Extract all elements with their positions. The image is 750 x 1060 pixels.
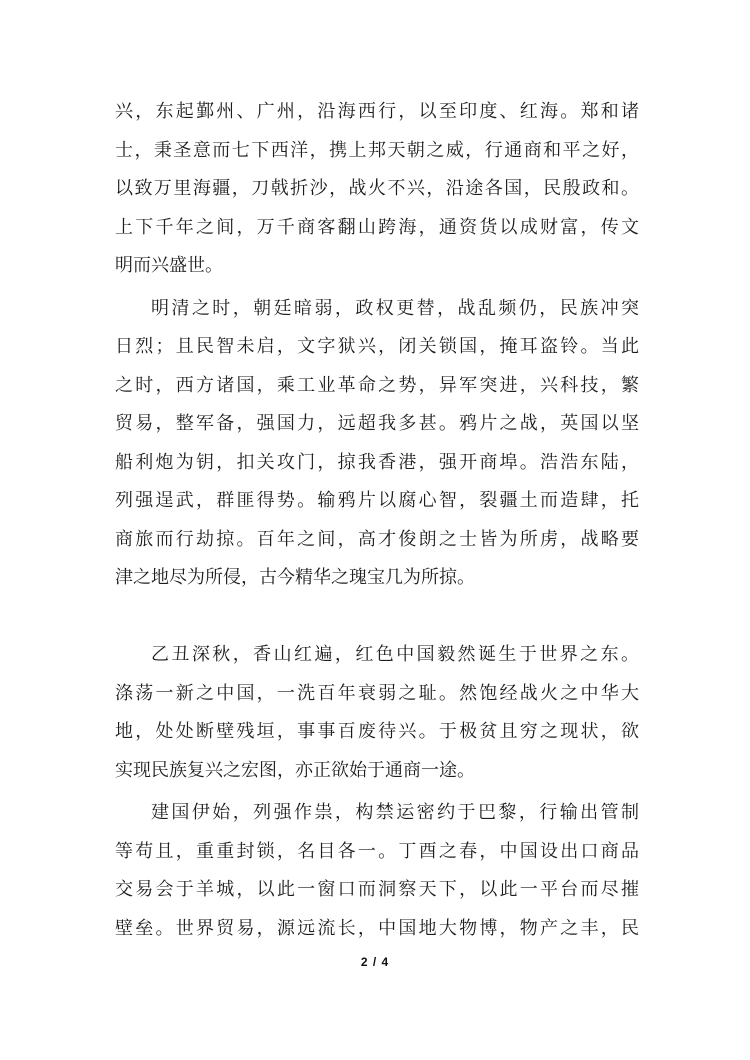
text-line: 贸易，整军备，强国力，远超我多甚。鸦片之战，英国以坚 [115,404,639,443]
text-line: 士，秉圣意而七下西洋，携上邦天朝之威，行通商和平之好， [115,131,639,170]
text-line: 商旅而行劫掠。百年之间，高才俊朗之士皆为所虏，战略要 [115,520,639,559]
text-line: 实现民族复兴之宏图，亦正欲始于通商一途。 [115,751,639,790]
text-line: 以致万里海疆，刀戟折沙，战火不兴，沿途各国，民殷政和。 [115,169,639,208]
text-line: 兴，东起鄞州、广州，沿海西行，以至印度、红海。郑和诸 [115,92,639,131]
text-line: 之时，西方诸国，乘工业革命之势，异军突进，兴科技，繁 [115,366,639,405]
text-line: 壁垒。世界贸易，源远流长，中国地大物博，物产之丰，民 [115,909,639,948]
text-line: 明而兴盛世。 [115,246,639,285]
text-line: 船利炮为钥，扣关攻门，掠我香港，强开商埠。浩浩东陆， [115,443,639,482]
text-line: 乙丑深秋，香山红遍，红色中国毅然诞生于世界之东。 [115,635,639,674]
text-line: 涤荡一新之中国，一洗百年衰弱之耻。然饱经战火之中华大 [115,674,639,713]
paragraph: 乙丑深秋，香山红遍，红色中国毅然诞生于世界之东。涤荡一新之中国，一洗百年衰弱之耻… [115,635,639,789]
text-line: 等苟且，重重封锁，名目各一。丁酉之春，中国设出口商品 [115,832,639,871]
document-body: 兴，东起鄞州、广州，沿海西行，以至印度、红海。郑和诸士，秉圣意而七下西洋，携上邦… [115,92,639,951]
text-line: 建国伊始，列强作祟，构禁运密约于巴黎，行输出管制 [115,793,639,832]
text-line: 上下千年之间，万千商客翻山跨海，通资货以成财富，传文 [115,208,639,247]
text-line: 津之地尽为所侵，古今精华之瑰宝几为所掠。 [115,558,639,597]
document-page: 兴，东起鄞州、广州，沿海西行，以至印度、红海。郑和诸士，秉圣意而七下西洋，携上邦… [0,0,750,1060]
paragraph: 明清之时，朝廷暗弱，政权更替，战乱频仍，民族冲突日烈；且民智未启，文字狱兴，闭关… [115,289,639,597]
paragraph: 建国伊始，列强作祟，构禁运密约于巴黎，行输出管制等苟且，重重封锁，名目各一。丁酉… [115,793,639,947]
page-number: 2 / 4 [0,955,750,969]
text-line: 明清之时，朝廷暗弱，政权更替，战乱频仍，民族冲突 [115,289,639,328]
paragraph: 兴，东起鄞州、广州，沿海西行，以至印度、红海。郑和诸士，秉圣意而七下西洋，携上邦… [115,92,639,285]
text-line: 日烈；且民智未启，文字狱兴，闭关锁国，掩耳盗铃。当此 [115,327,639,366]
text-line: 列强逞武，群匪得势。输鸦片以腐心智，裂疆土而造肆，托 [115,481,639,520]
text-line: 地，处处断壁残垣，事事百废待兴。于极贫且穷之现状，欲 [115,712,639,751]
text-line: 交易会于羊城，以此一窗口而洞察天下，以此一平台而尽摧 [115,870,639,909]
